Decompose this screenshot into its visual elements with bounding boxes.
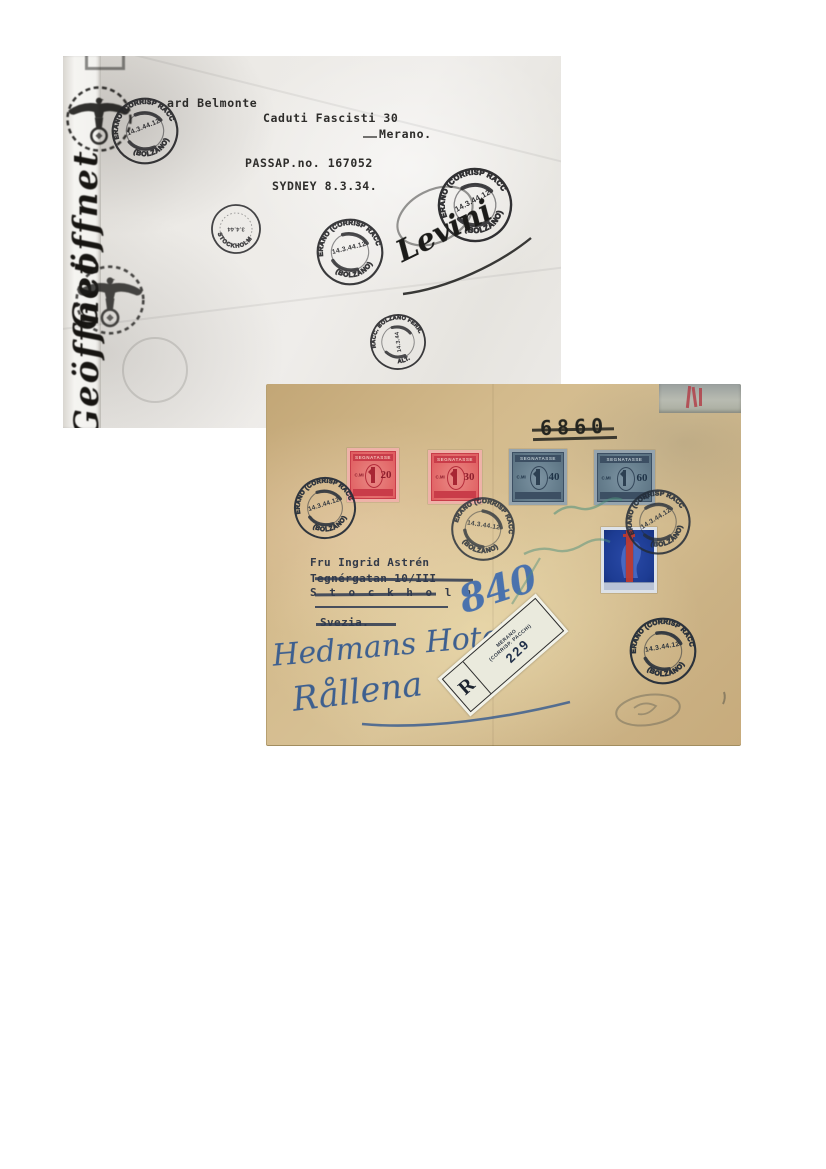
tape-red-mark <box>699 388 702 406</box>
stamp-inscription: SEGNATASSE <box>353 454 393 461</box>
stamp-inscription: SEGNATASSE <box>515 455 561 462</box>
clipped-mark-top-edge <box>85 56 125 70</box>
postmark-stockholm: STOCKHOLM 3.4.44 <box>200 193 272 265</box>
stamp-value: 30 <box>464 471 475 483</box>
fascio-icon <box>623 470 626 486</box>
stamp-inscription: SEGNATASSE <box>434 456 476 463</box>
stamp-value: 20 <box>381 469 392 481</box>
typed-street: Caduti Fascisti 30 <box>263 111 398 125</box>
svg-text:14.3.44.12: 14.3.44.12 <box>331 241 367 256</box>
strike-line <box>316 623 396 626</box>
ruled-line <box>315 606 448 608</box>
color-cover-photo: 6860 SEGNATASSE C.MI 20 SEGNATASSE C.MI … <box>266 384 741 746</box>
stamp-denomination-label: C.MI <box>602 475 611 480</box>
svg-text:14.3.44.12: 14.3.44.12 <box>645 641 681 654</box>
address-line-1: Fru Ingrid Astrén <box>310 556 429 569</box>
postmark-racc-bolzano-ferr: RACC. BOLZANO FERR. ALT. 14.3.44 <box>353 297 444 388</box>
fascio-icon <box>371 467 374 483</box>
svg-text:14.3.44.12: 14.3.44.12 <box>467 519 501 531</box>
stamp-inscription: SEGNATASSE <box>600 456 649 463</box>
typed-passport-line: PASSAP.no. 167052 <box>245 156 373 170</box>
fascio-icon <box>536 469 539 485</box>
svg-text:14.3.44: 14.3.44 <box>394 331 403 353</box>
stamp-value: 40 <box>549 471 560 483</box>
typed-city: Merano. <box>379 127 432 141</box>
typed-origin-line: SYDNEY 8.3.34. <box>272 179 377 193</box>
svg-text:14.3.44.12: 14.3.44.12 <box>307 496 340 513</box>
svg-text:14.3.44.12: 14.3.44.12 <box>126 118 161 138</box>
typed-dash <box>363 136 377 138</box>
pencil-scribble <box>612 686 732 736</box>
bw-cover-photo: Geöffnet Geöffnet ard Belmonte Caduti Fa… <box>63 56 561 428</box>
svg-text:3.4.44: 3.4.44 <box>227 225 245 231</box>
stamp-denomination-label: C.MI <box>436 474 445 479</box>
faint-postmark-trace <box>122 337 188 403</box>
stamp-denomination-label: C.MI <box>517 474 526 479</box>
scan-page: Geöffnet Geöffnet ard Belmonte Caduti Fa… <box>0 0 826 1169</box>
censor-eagle-handstamp <box>73 263 147 337</box>
